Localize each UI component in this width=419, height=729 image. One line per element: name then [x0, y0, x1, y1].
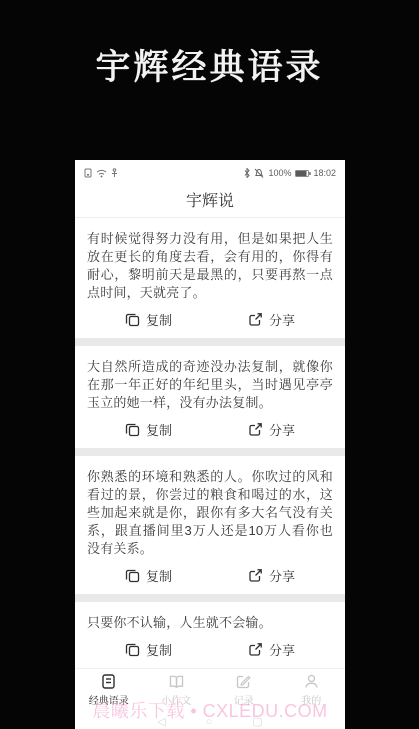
card-actions: 复制 分享 — [87, 560, 333, 590]
share-button[interactable]: 分享 — [248, 420, 295, 439]
quote-card: 你熟悉的环境和熟悉的人。你吹过的风和看过的景，你尝过的粮食和喝过的水，这些加起来… — [75, 456, 345, 594]
copy-icon — [125, 312, 140, 327]
copy-icon — [125, 422, 140, 437]
quote-text: 大自然所造成的奇迹没办法复制，就像你在那一年正好的年纪里头，当时遇见亭亭玉立的她… — [87, 358, 333, 412]
card-actions: 复制 分享 — [87, 414, 333, 444]
share-icon — [248, 312, 263, 327]
copy-label: 复制 — [146, 420, 172, 439]
tab-records[interactable]: 记录 — [210, 669, 278, 710]
card-actions: 复制 分享 — [87, 634, 333, 664]
recents-button-icon[interactable]: ▢ — [252, 717, 262, 728]
quote-card: 只要你不认输，人生就不会输。 复制 分享 — [75, 602, 345, 668]
share-label: 分享 — [269, 420, 295, 439]
share-label: 分享 — [269, 310, 295, 329]
status-bar: 100% 18:02 — [75, 160, 345, 186]
status-right: 100% 18:02 — [244, 168, 336, 178]
quote-text: 只要你不认输，人生就不会输。 — [87, 614, 333, 632]
card-separator — [75, 338, 345, 346]
share-icon — [248, 568, 263, 583]
share-label: 分享 — [269, 566, 295, 585]
edit-icon — [235, 673, 252, 690]
card-actions: 复制 分享 — [87, 304, 333, 334]
page-background: { "page_title": "宇辉经典语录", "phone": { "st… — [0, 0, 419, 729]
tab-mine[interactable]: 我的 — [278, 669, 346, 710]
card-separator — [75, 448, 345, 456]
tab-short-essay[interactable]: 小作文 — [143, 669, 211, 710]
quote-text: 你熟悉的环境和熟悉的人。你吹过的风和看过的景，你尝过的粮食和喝过的水，这些加起来… — [87, 468, 333, 558]
share-icon — [248, 422, 263, 437]
status-left — [84, 168, 118, 178]
copy-label: 复制 — [146, 640, 172, 659]
bell-off-icon — [254, 168, 264, 178]
copy-icon — [125, 642, 140, 657]
share-button[interactable]: 分享 — [248, 640, 295, 659]
book-icon — [168, 673, 185, 690]
tab-label: 经典语录 — [89, 692, 129, 707]
usb-icon — [111, 168, 118, 178]
copy-label: 复制 — [146, 566, 172, 585]
copy-label: 复制 — [146, 310, 172, 329]
tab-label: 小作文 — [161, 692, 191, 707]
share-button[interactable]: 分享 — [248, 310, 295, 329]
share-label: 分享 — [269, 640, 295, 659]
tab-classic-quotes[interactable]: 经典语录 — [75, 669, 143, 710]
share-icon — [248, 642, 263, 657]
person-icon — [303, 673, 320, 690]
phone-screenshot: 100% 18:02 宇辉说 有时候觉得努力没有用，但是如果把人生放在更长的角度… — [75, 160, 345, 729]
home-button-icon[interactable]: ○ — [206, 717, 213, 728]
sim-icon — [84, 168, 92, 178]
quote-card: 有时候觉得努力没有用，但是如果把人生放在更长的角度去看，会有用的，你得有耐心，黎… — [75, 218, 345, 338]
share-button[interactable]: 分享 — [248, 566, 295, 585]
quote-text: 有时候觉得努力没有用，但是如果把人生放在更长的角度去看，会有用的，你得有耐心，黎… — [87, 230, 333, 302]
back-button-icon[interactable]: ◁ — [157, 717, 165, 728]
page-title: 宇辉经典语录 — [0, 40, 419, 90]
tab-label: 我的 — [301, 692, 321, 707]
wifi-icon — [96, 169, 107, 178]
app-bar-title: 宇辉说 — [75, 186, 345, 218]
quote-card: 大自然所造成的奇迹没办法复制，就像你在那一年正好的年纪里头，当时遇见亭亭玉立的她… — [75, 346, 345, 448]
copy-icon — [125, 568, 140, 583]
battery-icon — [295, 170, 309, 177]
tab-bar: 经典语录 小作文 记录 我的 — [75, 668, 345, 710]
android-nav-bar: ◁ ○ ▢ — [75, 710, 345, 726]
bluetooth-icon — [244, 168, 250, 178]
battery-percent: 100% — [268, 168, 291, 178]
copy-button[interactable]: 复制 — [125, 566, 172, 585]
status-time: 18:02 — [313, 168, 336, 178]
copy-button[interactable]: 复制 — [125, 420, 172, 439]
copy-button[interactable]: 复制 — [125, 640, 172, 659]
quote-doc-icon — [100, 673, 117, 690]
copy-button[interactable]: 复制 — [125, 310, 172, 329]
tab-label: 记录 — [234, 692, 254, 707]
card-separator — [75, 594, 345, 602]
